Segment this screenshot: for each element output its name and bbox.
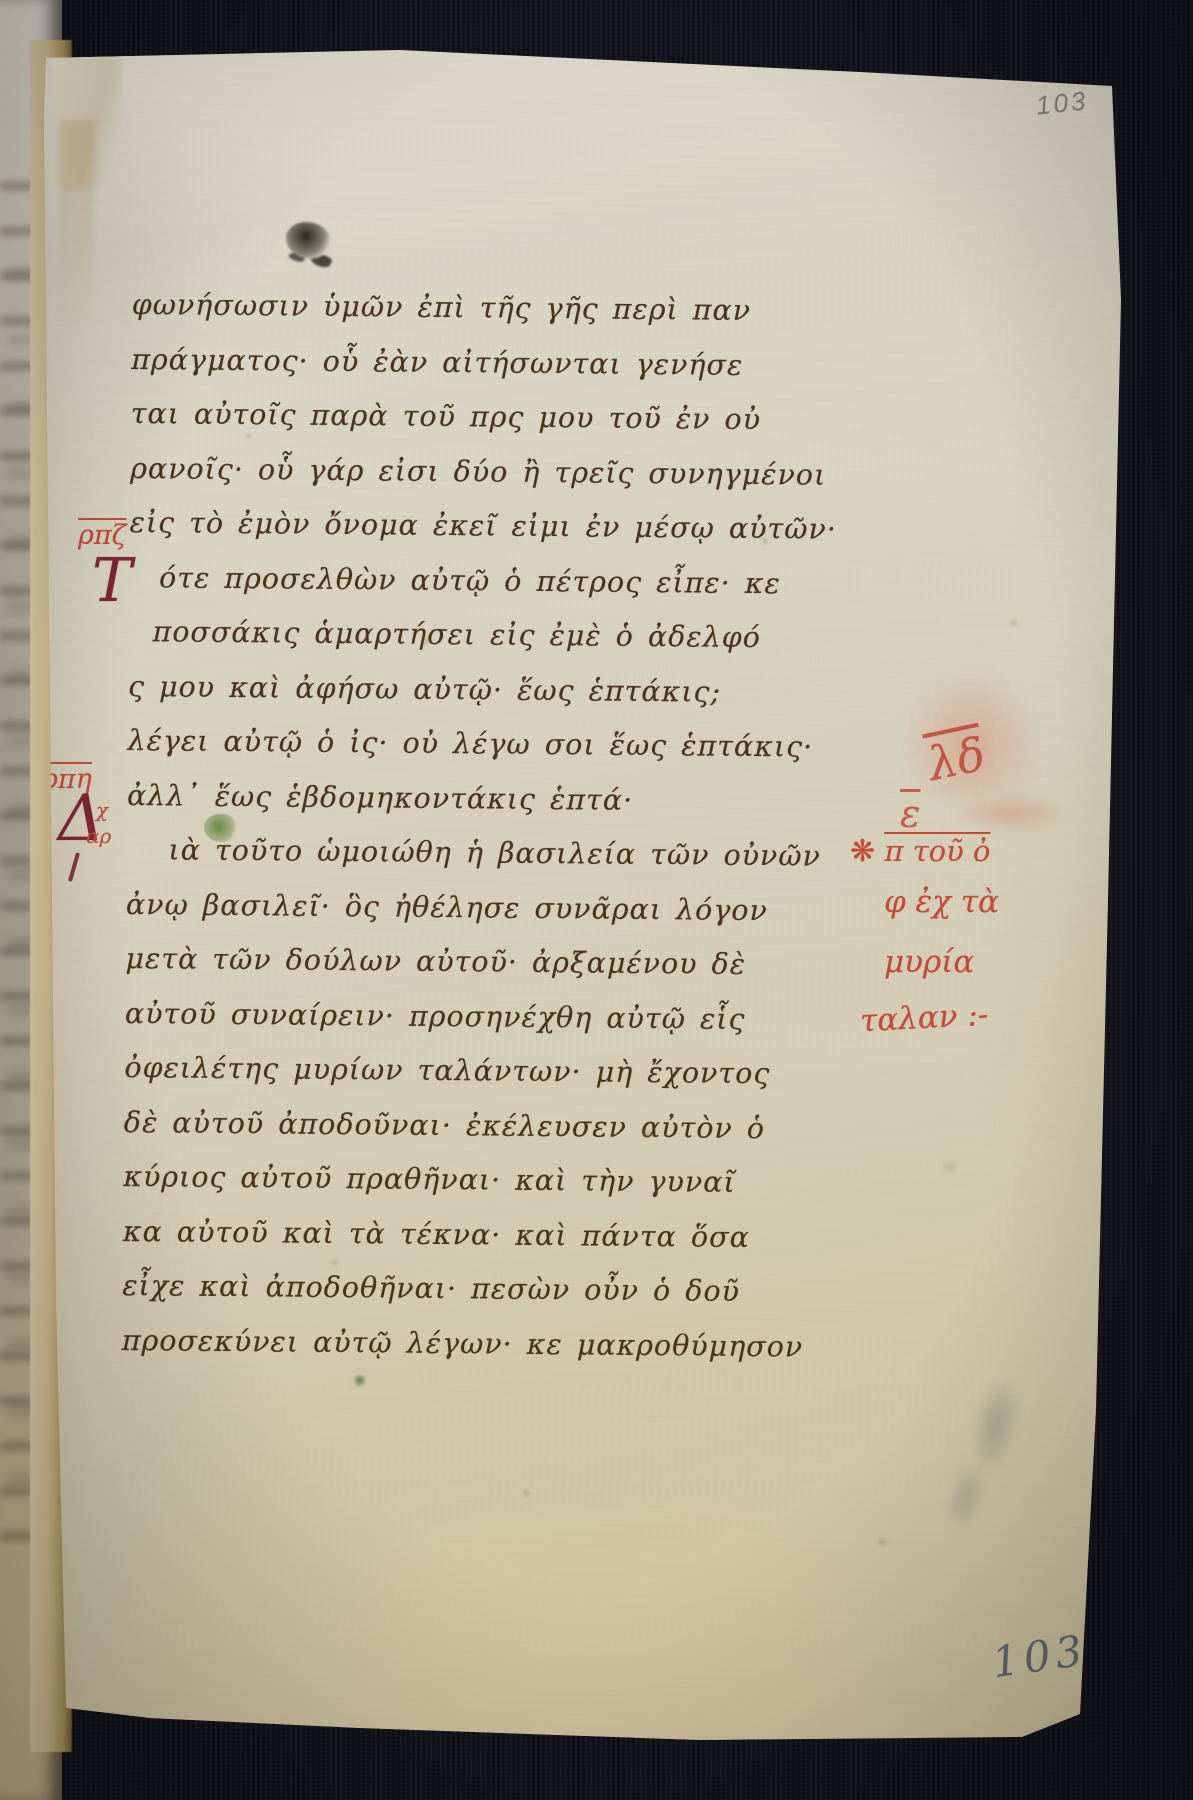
gray-smudge-stain — [901, 1368, 1059, 1562]
text-line: ποσσάκις ἁμαρτήσει εἰς ἐμὲ ὁ ἀδελφό — [128, 605, 808, 666]
red-ink-smudge — [950, 795, 1070, 831]
margin-mark-epsilon: ε — [900, 792, 920, 836]
text-line: φωνήσωσιν ὑμῶν ἐπὶ τῆς γῆς περὶ παν — [131, 278, 811, 339]
kephalaion-number: λδ — [923, 727, 990, 792]
green-stain-small — [352, 1374, 367, 1387]
text-line: προσεκύνει αὐτῷ λέγων· κε μακροθύμησον — [122, 1313, 802, 1374]
kephalaion-title-line: ❋ π τοῦ ὀ — [850, 834, 990, 869]
drop-cap-delta-tail — [68, 852, 80, 882]
foxing-spot — [330, 1258, 339, 1267]
text-line: ρανοῖς· οὗ γάρ εἰσι δύο ἢ τρεῖς συνηγμέν… — [130, 441, 810, 502]
text-line: ότε προσελθὼν αὐτῷ ὁ πέτρος εἶπε· κε — [129, 550, 809, 611]
text-line: αὐτοῦ συναίρειν· προσηνέχθη αὐτῷ εἷς — [125, 986, 805, 1047]
text-line: μετὰ τῶν δούλων αὐτοῦ· ἀρξαμένου δὲ — [125, 932, 805, 993]
lection-mark-arch-1: χ — [96, 798, 108, 822]
text-line: ς μου καὶ ἀφήσω αὐτῷ· ἕως ἑπτάκις; — [128, 659, 808, 720]
lection-mark-arch-2: αρ — [86, 824, 111, 848]
green-stain — [204, 814, 236, 842]
kephalaion-title-line: ταλαν :- — [859, 997, 989, 1040]
gutter-stain — [60, 120, 94, 360]
text-line: ται αὐτοῖς παρὰ τοῦ πρς μου τοῦ ἐν οὐ — [130, 387, 810, 448]
parchment-page: 103 φωνήσωσιν ὑμῶν ἐπὶ τῆς γῆς περὶ παν … — [0, 0, 1193, 1800]
foxing-spot — [520, 1488, 532, 1498]
text-line: πράγματος· οὗ ἐὰν αἰτήσωνται γενήσε — [131, 332, 811, 393]
foxing-spot — [244, 432, 253, 440]
ink-blot-stain — [281, 215, 335, 265]
foxing-spot — [940, 1160, 960, 1174]
drop-cap-tau: Τ — [92, 546, 132, 616]
text-line: κύριος αὐτοῦ πραθῆναι· καὶ τὴν γυναῖ — [123, 1150, 803, 1211]
text-line: εἶχε καὶ ἀποδοθῆναι· πεσὼν οὖν ὁ δοῦ — [122, 1259, 802, 1320]
foxing-spot — [1008, 618, 1019, 628]
ammonian-section-187: ρπζ — [78, 520, 126, 551]
kephalaion-title-line: μυρία — [884, 944, 974, 980]
foxing-spot — [420, 636, 432, 646]
manuscript-photo: 103 φωνήσωσιν ὑμῶν ἐπὶ τῆς γῆς περὶ παν … — [0, 0, 1193, 1800]
text-line: δὲ αὐτοῦ ἀποδοῦναι· ἐκέλευσεν αὐτὸν ὁ — [124, 1095, 804, 1156]
foxing-spot — [760, 536, 770, 545]
kephalaion-title-text: π τοῦ ὀ — [884, 834, 990, 868]
text-line: λέγει αὐτῷ ὁ ἰς· οὐ λέγω σοι ἕως ἑπτάκις… — [127, 714, 807, 775]
text-line: εἰς τὸ ἐμὸν ὄνομα ἐκεῖ εἰμι ἐν μέσῳ αὐτῶ… — [129, 496, 809, 557]
foxing-spot — [640, 1128, 653, 1139]
folio-number-ink: 103 — [989, 1626, 1090, 1688]
text-line: ὀφειλέτης μυρίων ταλάντων· μὴ ἔχοντος — [124, 1041, 804, 1102]
foxing-spot — [876, 1536, 890, 1548]
text-line: ἀνῳ βασιλεῖ· ὃς ἠθέλησε συνᾶραι λόγον — [126, 877, 806, 938]
folio-number-pencil: 103 — [1035, 85, 1090, 121]
rosette-icon: ❋ — [850, 834, 875, 869]
kephalaion-title-line: φ ἐχ τὰ — [884, 884, 999, 920]
text-line: κα αὐτοῦ καὶ τὰ τέκνα· καὶ πάντα ὅσα — [123, 1204, 803, 1265]
